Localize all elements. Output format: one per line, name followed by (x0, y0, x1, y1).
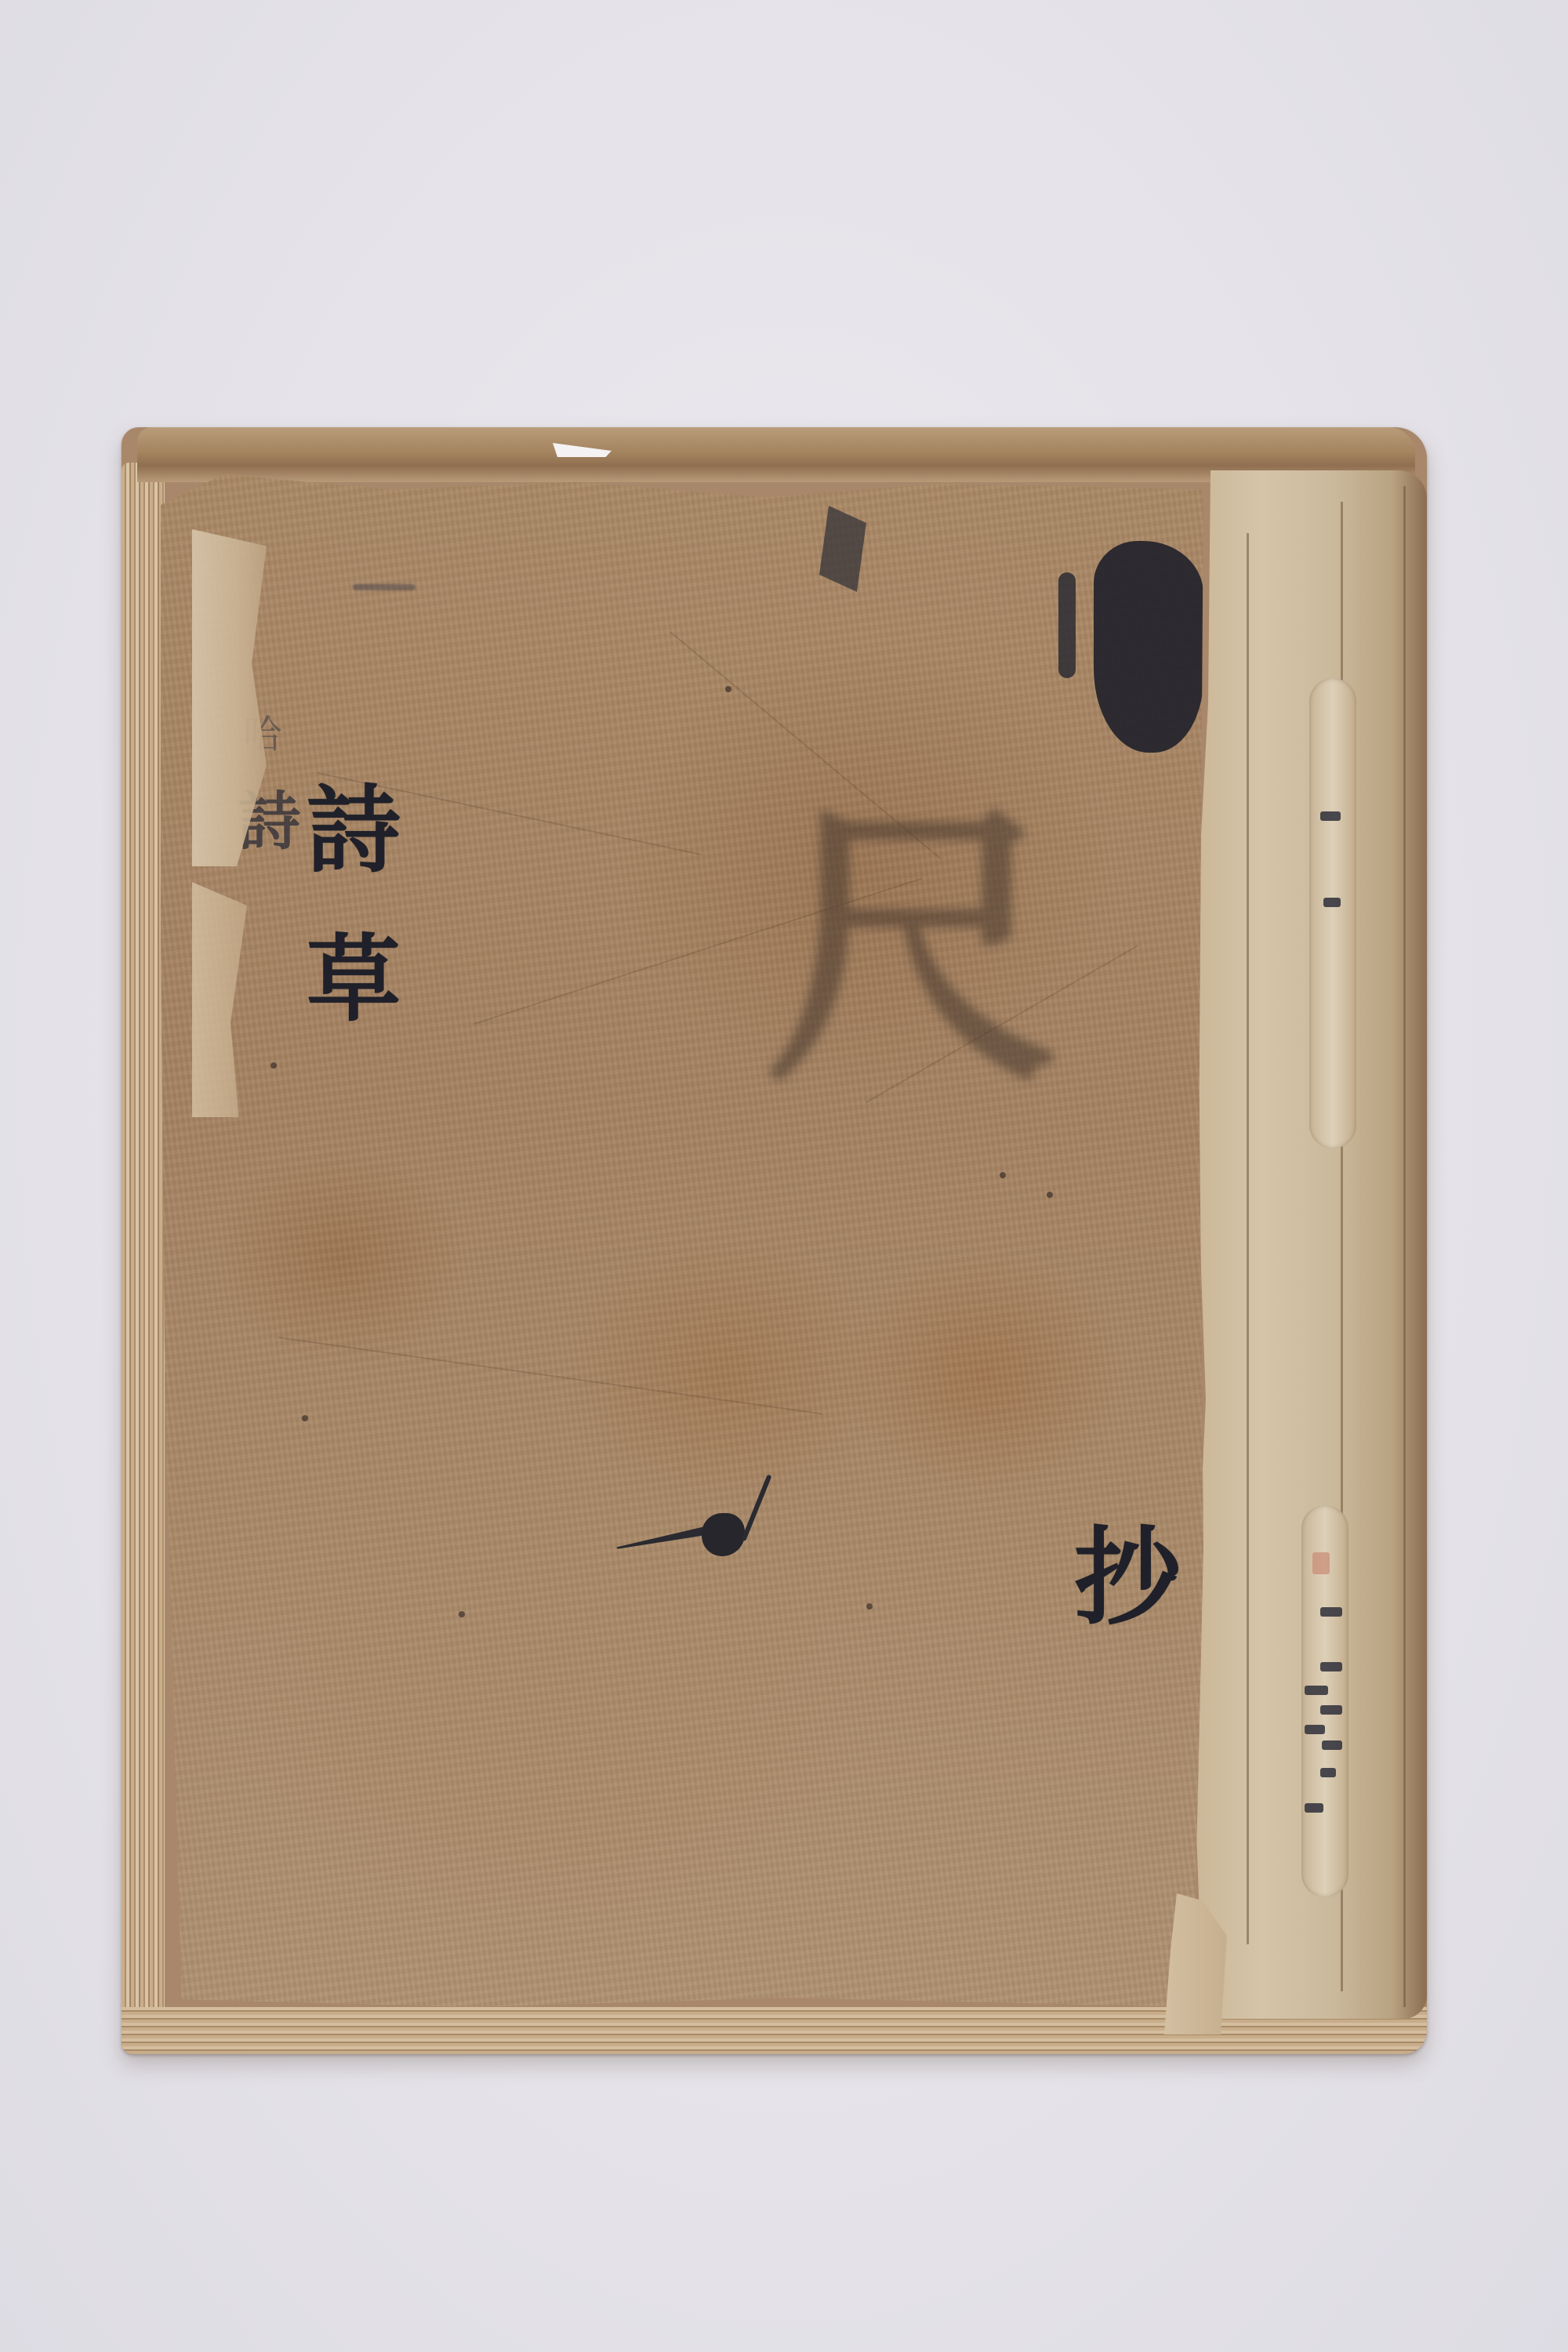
strip-ink-mark (1323, 898, 1341, 907)
strip-red-mark (1312, 1552, 1330, 1574)
strip-ink-mark (1320, 1705, 1342, 1715)
strip-ink-mark (1320, 1662, 1342, 1671)
strip-ink-mark (1322, 1740, 1342, 1750)
strip-ink-mark (1320, 1607, 1342, 1617)
splatter-stem (741, 1474, 771, 1541)
spine-binding-strip (1309, 678, 1356, 1149)
ink-stroke-top-right (1058, 572, 1076, 678)
strip-ink-mark (1320, 1768, 1336, 1777)
strip-ink-mark (1305, 1725, 1325, 1734)
strip-ink-mark (1320, 811, 1341, 821)
book-title: 詩草 (278, 780, 413, 1078)
torn-paper-fragment (553, 441, 612, 457)
splatter-body (702, 1513, 745, 1556)
spine-crease (1403, 486, 1406, 2007)
ink-speck (1047, 1192, 1053, 1198)
ink-speck (302, 1415, 308, 1421)
faint-ink-mark (353, 584, 416, 590)
ink-speck (270, 1062, 277, 1069)
strip-ink-mark (1305, 1803, 1323, 1813)
strip-ink-mark (1305, 1686, 1328, 1695)
ink-speck (1000, 1172, 1006, 1178)
ink-speck (725, 686, 731, 692)
ink-splatter (608, 1470, 788, 1564)
spine-binding-strip (1301, 1505, 1348, 1897)
faded-brush-character: 尺 (623, 780, 1172, 1117)
ink-blob-top-right (1094, 541, 1203, 753)
page-edges-left (122, 463, 165, 2019)
manuscript-book: 尺 哈 詩 詩草 勳臣抄 (122, 427, 1427, 2054)
spine-crease (1247, 533, 1249, 1944)
ink-speck (866, 1603, 873, 1610)
ink-speck (459, 1611, 465, 1617)
front-cover-paper: 尺 哈 詩 詩草 勳臣抄 (161, 474, 1203, 2007)
